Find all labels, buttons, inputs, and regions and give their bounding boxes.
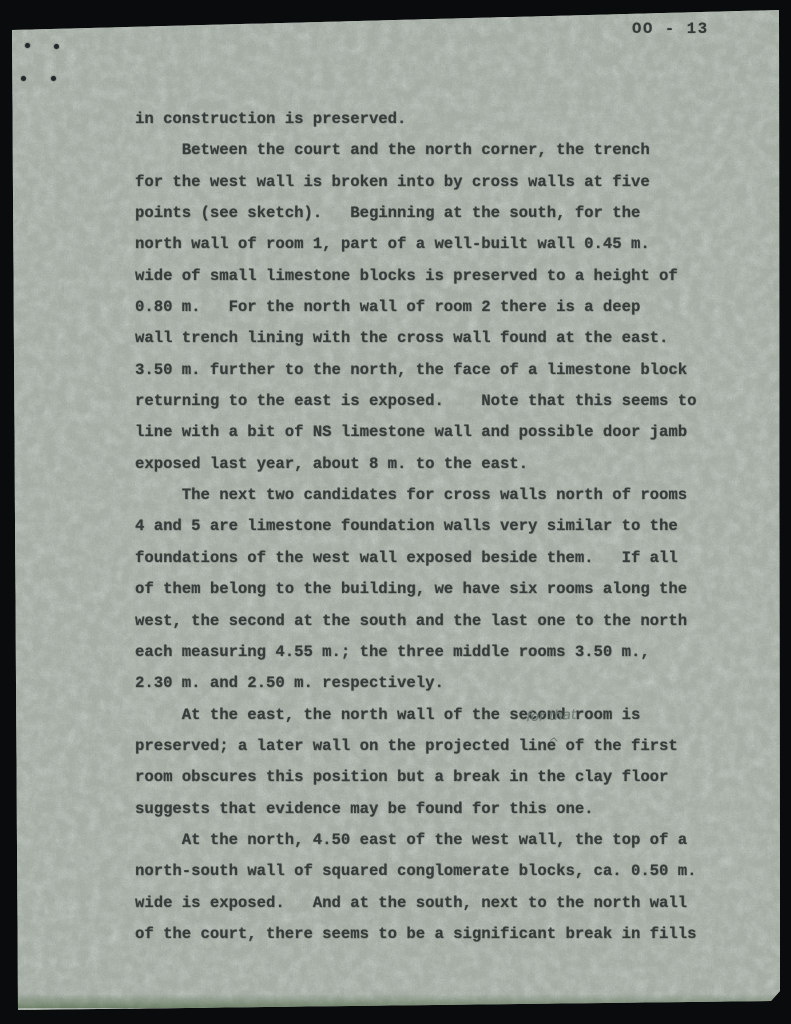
text-line: preserved; a later wall on the projected…	[135, 731, 735, 762]
staple-hole-icon	[25, 43, 30, 48]
text-line: 4 and 5 are limestone foundation walls v…	[135, 511, 735, 542]
staple-hole-icon	[21, 76, 26, 81]
insertion-caret-icon: ^	[547, 735, 559, 751]
handwritten-annotation: for that	[526, 707, 577, 726]
text-line: of them belong to the building, we have …	[135, 574, 735, 605]
text-line: wide of small limestone blocks is preser…	[135, 261, 735, 292]
staple-hole-icon	[54, 44, 59, 49]
document-scan: OO - 13 in construction is preserved. Be…	[0, 0, 791, 1024]
staple-hole-icon	[51, 76, 56, 81]
text-line: for the west wall is broken into by cros…	[135, 167, 735, 198]
text-line: 3.50 m. further to the north, the face o…	[135, 355, 735, 386]
text-line: line with a bit of NS limestone wall and…	[135, 417, 735, 448]
text-line: The next two candidates for cross walls …	[135, 480, 735, 511]
text-line: north-south wall of squared conglomerate…	[135, 856, 735, 887]
text-line: returning to the east is exposed. Note t…	[135, 386, 735, 417]
typewritten-text: in construction is preserved. Between th…	[135, 104, 735, 950]
page-content: OO - 13 in construction is preserved. Be…	[0, 0, 791, 1024]
text-line: At the east, the north wall of the secon…	[135, 700, 735, 731]
text-line: 2.30 m. and 2.50 m. respectively.	[135, 668, 735, 699]
page-number: OO - 13	[632, 20, 709, 38]
text-line: of the court, there seems to be a signif…	[135, 919, 735, 950]
text-line: west, the second at the south and the la…	[135, 606, 735, 637]
text-line: wide is exposed. And at the south, next …	[135, 888, 735, 919]
text-line: 0.80 m. For the north wall of room 2 the…	[135, 292, 735, 323]
text-line: points (see sketch). Beginning at the so…	[135, 198, 735, 229]
text-line: At the north, 4.50 east of the west wall…	[135, 825, 735, 856]
text-line: in construction is preserved.	[135, 104, 735, 135]
text-line: exposed last year, about 8 m. to the eas…	[135, 449, 735, 480]
text-line: each measuring 4.55 m.; the three middle…	[135, 637, 735, 668]
text-line: north wall of room 1, part of a well-bui…	[135, 229, 735, 260]
text-line: suggests that evidence may be found for …	[135, 794, 735, 825]
text-line: room obscures this position but a break …	[135, 762, 735, 793]
text-line: wall trench lining with the cross wall f…	[135, 323, 735, 354]
text-line: foundations of the west wall exposed bes…	[135, 543, 735, 574]
text-line: Between the court and the north corner, …	[135, 135, 735, 166]
